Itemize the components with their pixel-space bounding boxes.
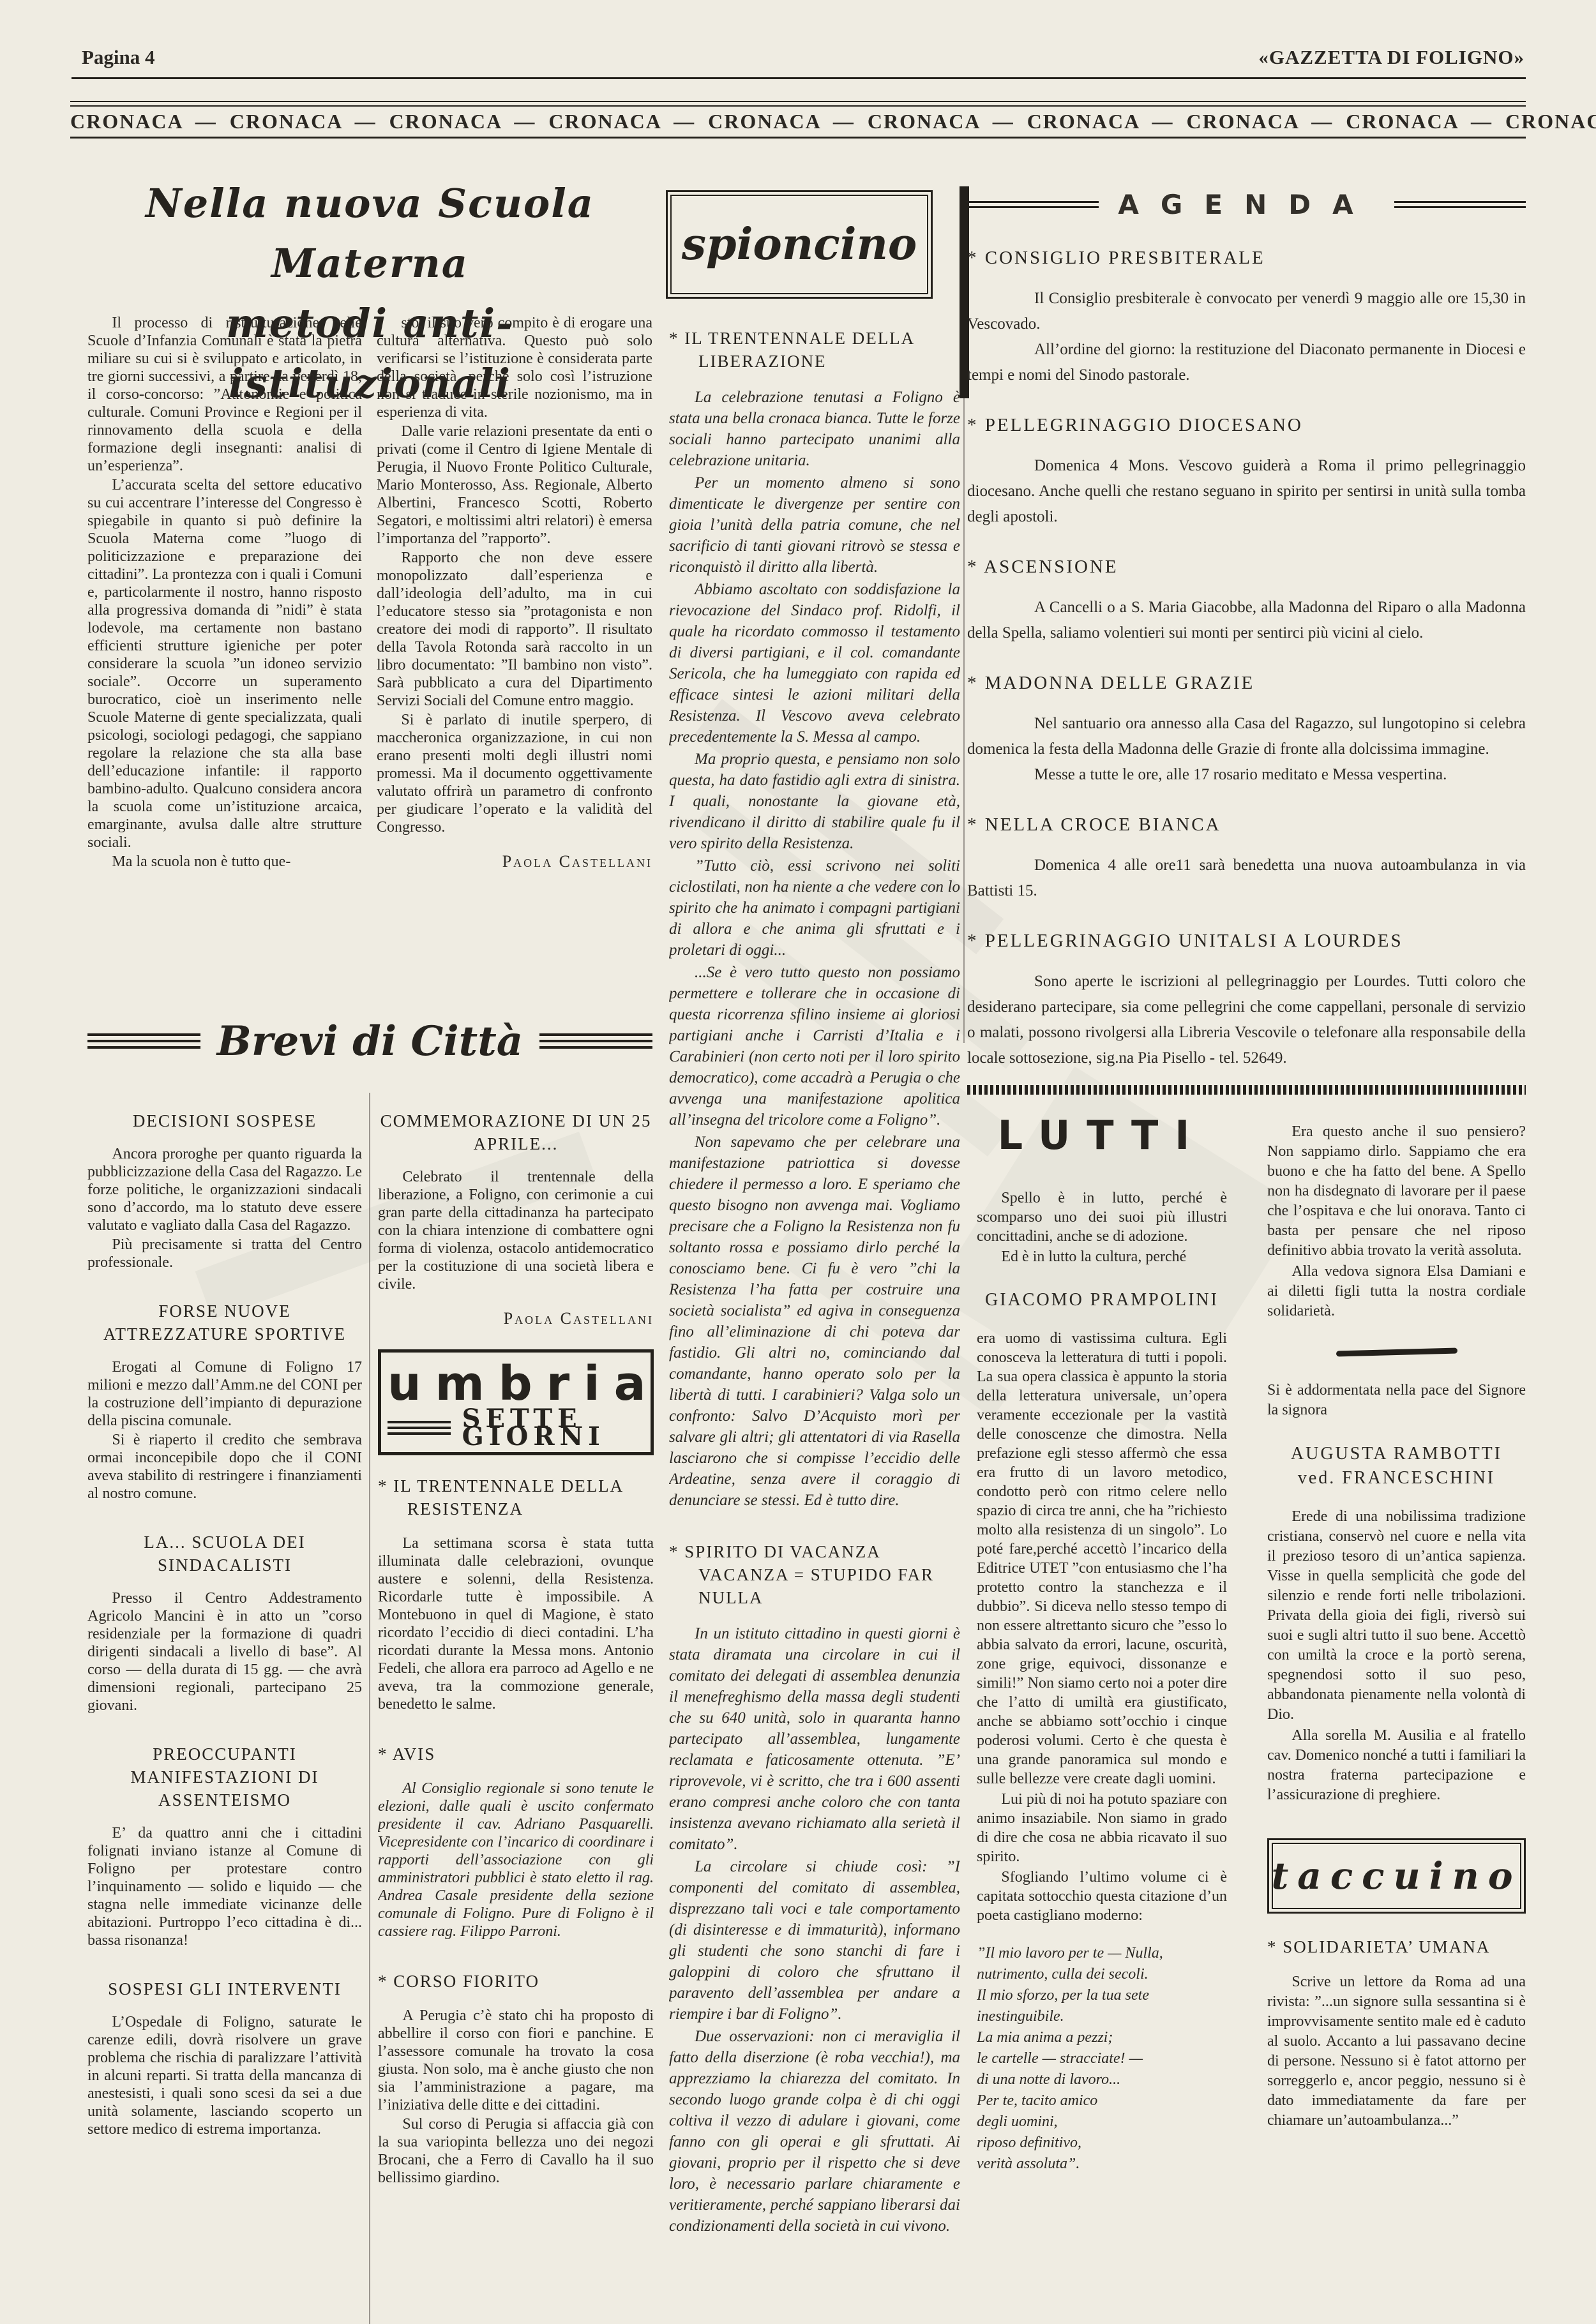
section-heading: * IL TRENTENNALE DELLA LIBERAZIONE — [669, 327, 960, 373]
section-heading: SOSPESI GLI INTERVENTI — [87, 1977, 362, 2000]
section-heading: * CONSIGLIO PRESBITERALE — [967, 246, 1526, 269]
section-heading: PREOCCUPANTI MANIFESTAZIONI DI ASSENTEIS… — [87, 1743, 362, 1811]
lutti-col1: Spello è in lutto, perché è scomparso un… — [977, 1188, 1227, 2324]
paragraph: L’accurata scelta del settore educativo … — [87, 476, 362, 851]
paragraph: Due osservazioni: non ci meraviglia il f… — [669, 2026, 960, 2237]
cronaca-rule-top-a — [70, 101, 1526, 102]
deceased-name-line1: AUGUSTA RAMBOTTI — [1267, 1442, 1526, 1466]
spioncino-column: * IL TRENTENNALE DELLA LIBERAZIONE La ce… — [669, 327, 960, 2324]
paragraph: La circolare si chiude così: ”I componen… — [669, 1856, 960, 2025]
paragraph: L’Ospedale di Foligno, saturate le caren… — [87, 2013, 362, 2138]
agenda-header: AGENDA — [967, 189, 1526, 220]
paragraph: Sul corso di Perugia si affaccia già con… — [378, 2115, 654, 2187]
brevi-col1: DECISIONI SOSPESE Ancora proroghe per qu… — [87, 1093, 362, 2324]
brevi-header: Brevi di Città — [87, 1017, 652, 1065]
paragraph: Si è parlato di inutile sperpero, di mac… — [377, 711, 652, 836]
section-heading: * CORSO FIORITO — [378, 1970, 654, 1993]
paragraph: Ancora proroghe per quanto riguarda la p… — [87, 1145, 362, 1234]
spioncino-box: spioncino — [666, 190, 933, 299]
decorative-rule-left — [967, 201, 1099, 208]
taccuino-box: taccuino — [1267, 1838, 1526, 1914]
section-heading: LA... SCUOLA DEI SINDACALISTI — [87, 1531, 362, 1577]
paragraph: Ma la scuola non è tutto que- — [87, 853, 362, 871]
umbria-sette-giorni-logo: umbria SETTE GIORNI — [378, 1349, 654, 1455]
column-rule — [963, 398, 965, 1043]
paragraph: In un istituto cittadino in questi giorn… — [669, 1623, 960, 1855]
sette-giorni-text: SETTE GIORNI — [462, 1410, 644, 1446]
byline: Paola Castellani — [378, 1310, 654, 1328]
spioncino-title: spioncino — [682, 219, 917, 270]
section-heading: * IL TRENTENNALE DELLA RESISTENZA — [378, 1474, 654, 1520]
section-heading: COMMEMORAZIONE DI UN 25 APRILE... — [378, 1109, 654, 1155]
cronaca-rule-top-b — [70, 105, 1526, 107]
section-heading: * SOLIDARIETA’ UMANA — [1267, 1935, 1526, 1958]
page-number-label: Pagina 4 — [82, 46, 155, 69]
paragraph: era uomo di vastissima cultura. Egli con… — [977, 1329, 1227, 1788]
section-heading: DECISIONI SOSPESE — [87, 1109, 362, 1132]
paragraph: Nel santuario ora annesso alla Casa del … — [967, 711, 1526, 762]
paragraph: Abbiamo ascoltato con soddisfazione la r… — [669, 579, 960, 747]
paragraph: Dalle varie relazioni presentate da enti… — [377, 423, 652, 548]
paragraph: Domenica 4 Mons. Vescovo guiderà a Roma … — [967, 453, 1526, 530]
paragraph: ...Se è vero tutto questo non possiamo p… — [669, 962, 960, 1130]
paragraph: Sono aperte le iscrizioni al pellegrinag… — [967, 969, 1526, 1071]
cronaca-rule-bottom — [70, 137, 1526, 139]
byline: Paola Castellani — [377, 853, 652, 871]
paragraph: Alla sorella M. Ausilia e al fratello ca… — [1267, 1726, 1526, 1805]
paragraph: Si è addormentata nella pace del Signore… — [1267, 1381, 1526, 1420]
paragraph: La settimana scorsa è stata tutta illumi… — [378, 1534, 654, 1713]
section-heading: FORSE NUOVE ATTREZZATURE SPORTIVE — [87, 1300, 362, 1346]
paragraph: Le iscrizioni si chiuderanno entro il 30… — [967, 1071, 1526, 1076]
paragraph: Alla vedova signora Elsa Damiani e ai di… — [1267, 1262, 1526, 1321]
paragraph: Sfogliando l’ultimo volume ci è capitata… — [977, 1868, 1227, 1925]
paragraph: E’ da quattro anni che i cittadini folig… — [87, 1824, 362, 1949]
paragraph: Domenica 4 alle ore11 sarà benedetta una… — [967, 853, 1526, 904]
brevi-title: Brevi di Città — [217, 1017, 523, 1065]
umbria-logo-text: umbria — [388, 1361, 644, 1406]
section-heading: * SPIRITO DI VACANZA VACANZA = STUPIDO F… — [669, 1540, 960, 1609]
brevi-col2: COMMEMORAZIONE DI UN 25 APRILE... Celebr… — [378, 1093, 654, 2324]
lutti-title: LUTTI — [977, 1112, 1227, 1158]
paragraph: A Cancelli o a S. Maria Giacobbe, alla M… — [967, 595, 1526, 646]
agenda-title: AGENDA — [1118, 189, 1374, 220]
header-rule — [72, 77, 1526, 79]
cronaca-strip: CRONACA — CRONACA — CRONACA — CRONACA — … — [70, 110, 1526, 133]
paragraph: Scrive un lettore da Roma ad una rivista… — [1267, 1972, 1526, 2131]
section-heading: * NELLA CROCE BIANCA — [967, 813, 1526, 836]
section-heading: * AVIS — [378, 1743, 654, 1765]
hatched-divider — [967, 1085, 1526, 1095]
section-heading: * PELLEGRINAGGIO DIOCESANO — [967, 414, 1526, 437]
paragraph: ”Tutto ciò, essi scrivono nei soliti cic… — [669, 855, 960, 961]
paragraph: Più precisamente si tratta del Centro pr… — [87, 1236, 362, 1271]
paragraph: Lui più di noi ha potuto spaziare con an… — [977, 1790, 1227, 1866]
paragraph: A Perugia c’è stato chi ha proposto di a… — [378, 2007, 654, 2114]
decorative-rule-right — [1394, 201, 1526, 208]
paragraph: Era questo anche il suo pensiero? Non sa… — [1267, 1122, 1526, 1261]
paragraph: Al Consiglio regionale si sono tenute le… — [378, 1780, 654, 1940]
agenda-column: * CONSIGLIO PRESBITERALE Il Consiglio pr… — [967, 246, 1526, 1076]
decorative-rules-right — [539, 1033, 652, 1049]
decorative-rules — [388, 1421, 451, 1435]
newspaper-page: Pagina 4 «GAZZETTA DI FOLIGNO» CRONACA —… — [0, 0, 1596, 2324]
paragraph: All’ordine del giorno: la restituzione d… — [967, 337, 1526, 388]
decorative-rules-left — [87, 1033, 200, 1049]
paragraph: Non sapevamo che per celebrare una manif… — [669, 1132, 960, 1511]
article-title-line1: Nella nuova Scuola Materna — [87, 174, 652, 294]
deceased-name: GIACOMO PRAMPOLINI — [977, 1288, 1227, 1312]
paragraph: Spello è in lutto, perché è scomparso un… — [977, 1188, 1227, 1246]
paragraph: Messe a tutte le ore, alle 17 rosario me… — [967, 762, 1526, 788]
lutti-col2: Era questo anche il suo pensiero? Non sa… — [1267, 1122, 1526, 2324]
paragraph: Il processo di ristrutturazione nelle Sc… — [87, 314, 362, 475]
obituary-divider — [1336, 1348, 1457, 1357]
paragraph: Ed è in lutto la cultura, perché — [977, 1247, 1227, 1266]
paragraph: Per un momento almeno si sono dimenticat… — [669, 472, 960, 578]
section-heading: * ASCENSIONE — [967, 555, 1526, 578]
paragraph: Si è riaperto il credito che sembrava or… — [87, 1431, 362, 1503]
masthead-title: «GAZZETTA DI FOLIGNO» — [1258, 46, 1524, 69]
paragraph: Erede di una nobilissima tradizione cris… — [1267, 1507, 1526, 1725]
paragraph: Il Consiglio presbiterale è convocato pe… — [967, 286, 1526, 337]
paragraph: Celebrato il trentennale della liberazio… — [378, 1168, 654, 1293]
article-col2: sto, il suo vero compito è di erogare un… — [377, 314, 652, 1015]
article-col1: Il processo di ristrutturazione nelle Sc… — [87, 314, 362, 1015]
taccuino-title: taccuino — [1271, 1866, 1521, 1886]
section-heading: * PELLEGRINAGGIO UNITALSI A LOURDES — [967, 929, 1526, 952]
paragraph: Erogati al Comune di Foligno 17 milioni … — [87, 1358, 362, 1430]
deceased-name: AUGUSTA RAMBOTTI ved. FRANCESCHINI — [1267, 1442, 1526, 1490]
column-rule — [369, 1093, 370, 2324]
deceased-name-line2: ved. FRANCESCHINI — [1267, 1466, 1526, 1490]
section-heading: * MADONNA DELLE GRAZIE — [967, 671, 1526, 694]
paragraph: Ma proprio questa, e pensiamo non solo q… — [669, 749, 960, 854]
paragraph: Rapporto che non deve essere monopolizza… — [377, 549, 652, 710]
poem-quotation: ”Il mio lavoro per te — Nulla, nutriment… — [977, 1943, 1227, 2175]
paragraph: La celebrazione tenutasi a Foligno è sta… — [669, 387, 960, 471]
paragraph: Presso il Centro Addestramento Agricolo … — [87, 1589, 362, 1714]
paragraph: sto, il suo vero compito è di erogare un… — [377, 314, 652, 421]
